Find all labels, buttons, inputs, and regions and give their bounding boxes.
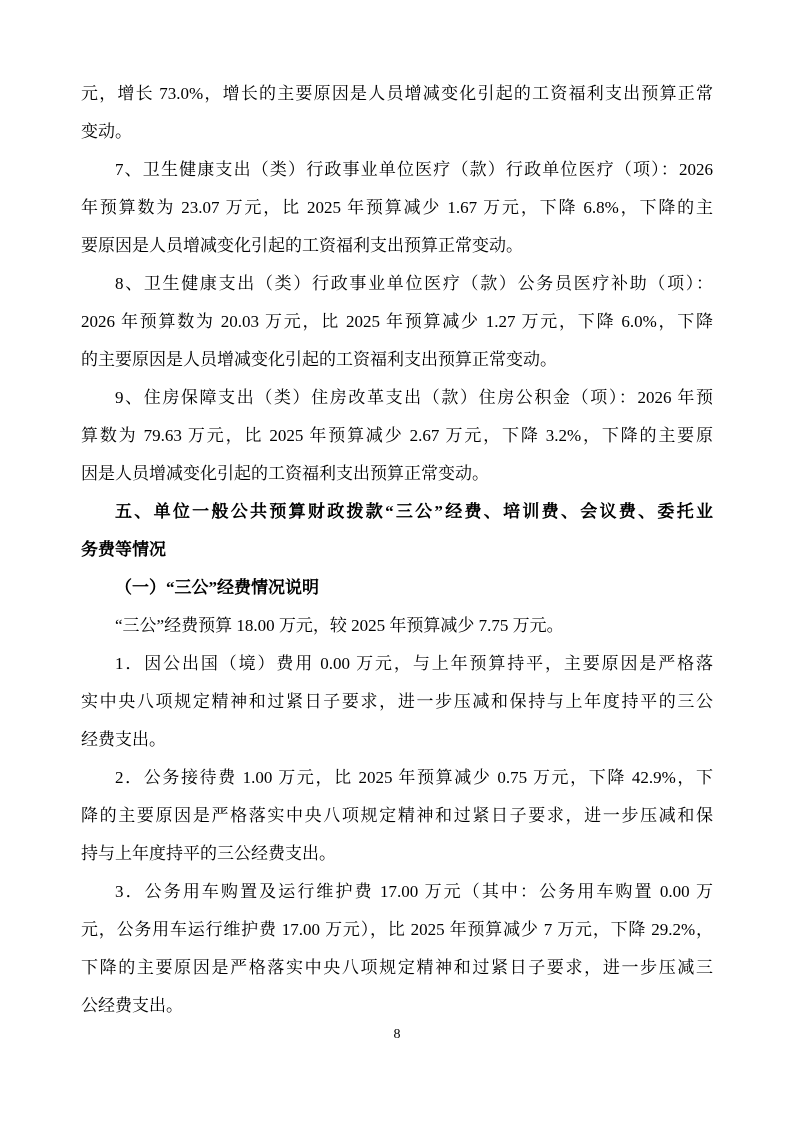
heading-line: （一）“三公”经费情况说明 <box>81 569 713 607</box>
text-line: 算数为 79.63 万元，比 2025 年预算减少 2.67 万元，下降 3.2… <box>81 417 713 455</box>
text-line: 因是人员增减变化引起的工资福利支出预算正常变动。 <box>81 455 713 493</box>
text-line: 降的主要原因是严格落实中央八项规定精神和过紧日子要求，进一步压减和保 <box>81 797 713 835</box>
text-line: 7、卫生健康支出（类）行政事业单位医疗（款）行政单位医疗（项）：2026 <box>81 151 713 189</box>
text-line: 年预算数为 23.07 万元，比 2025 年预算减少 1.67 万元，下降 6… <box>81 189 713 227</box>
document-page: 元，增长 73.0%，增长的主要原因是人员增减变化引起的工资福利支出预算正常变动… <box>0 0 794 1123</box>
text-line: 2．公务接待费 1.00 万元，比 2025 年预算减少 0.75 万元，下降 … <box>81 759 713 797</box>
text-line: “三公”经费预算 18.00 万元，较 2025 年预算减少 7.75 万元。 <box>81 607 713 645</box>
text-line: 元，公务用车运行维护费 17.00 万元），比 2025 年预算减少 7 万元，… <box>81 911 713 949</box>
text-line: 持与上年度持平的三公经费支出。 <box>81 835 713 873</box>
text-line: 公经费支出。 <box>81 987 713 1025</box>
text-line: 元，增长 73.0%，增长的主要原因是人员增减变化引起的工资福利支出预算正常 <box>81 75 713 113</box>
text-line: 3．公务用车购置及运行维护费 17.00 万元（其中：公务用车购置 0.00 万 <box>81 873 713 911</box>
text-line: 的主要原因是人员增减变化引起的工资福利支出预算正常变动。 <box>81 341 713 379</box>
heading-line: 五、单位一般公共预算财政拨款“三公”经费、培训费、会议费、委托业 <box>81 493 713 531</box>
page-number: 8 <box>0 1024 794 1046</box>
document-body: 元，增长 73.0%，增长的主要原因是人员增减变化引起的工资福利支出预算正常变动… <box>81 75 713 1025</box>
text-line: 9、住房保障支出（类）住房改革支出（款）住房公积金（项）：2026 年预 <box>81 379 713 417</box>
text-line: 8、卫生健康支出（类）行政事业单位医疗（款）公务员医疗补助（项）： <box>81 265 713 303</box>
text-line: 1．因公出国（境）费用 0.00 万元，与上年预算持平，主要原因是严格落 <box>81 645 713 683</box>
text-line: 变动。 <box>81 113 713 151</box>
text-line: 2026 年预算数为 20.03 万元，比 2025 年预算减少 1.27 万元… <box>81 303 713 341</box>
text-line: 经费支出。 <box>81 721 713 759</box>
heading-line: 务费等情况 <box>81 531 713 569</box>
text-line: 实中央八项规定精神和过紧日子要求，进一步压减和保持与上年度持平的三公 <box>81 683 713 721</box>
text-line: 要原因是人员增减变化引起的工资福利支出预算正常变动。 <box>81 227 713 265</box>
text-line: 下降的主要原因是严格落实中央八项规定精神和过紧日子要求，进一步压减三 <box>81 949 713 987</box>
